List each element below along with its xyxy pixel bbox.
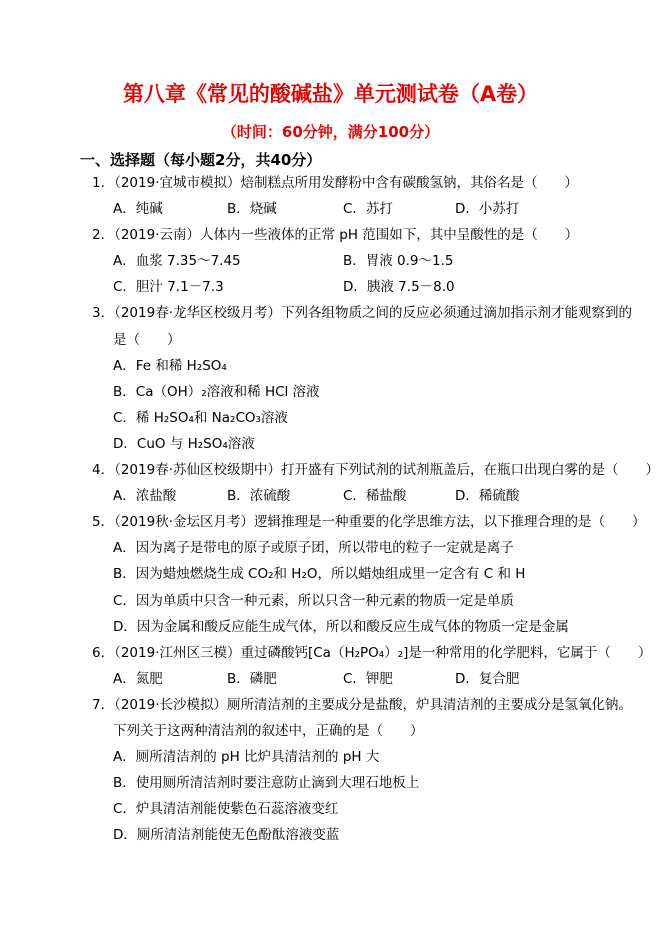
question-7-stem: 7．（2019·长沙模拟）厕所清洁剂的主要成分是盐酸，炉具清洁剂的主要成分是氢氧…	[92, 692, 621, 718]
exam-info: （时间：60分钟，满分100分）	[0, 122, 661, 142]
question-2-stem: 2．（2019·云南）人体内一些液体的正常 pH 范围如下，其中呈酸性的是（ ）	[92, 222, 621, 248]
question-3-option-a: A．Fe 和稀 H₂SO₄	[92, 353, 621, 379]
question-4-options: A．浓盐酸 B．浓硫酸 C．稀盐酸 D．稀硫酸	[92, 483, 621, 509]
section-heading-choice: 一、选择题（每小题2分，共40分）	[0, 150, 661, 170]
question-3-stem: 3．（2019春·龙华区校级月考）下列各组物质之间的反应必须通过滴加指示剂才能观…	[92, 300, 621, 326]
question-1-option-c: C．苏打	[343, 196, 455, 222]
question-4-option-c: C．稀盐酸	[343, 483, 455, 509]
question-4-stem: 4．（2019春·苏仙区校级期中）打开盛有下列试剂的试剂瓶盖后，在瓶口出现白雾的…	[92, 457, 621, 483]
question-4: 4．（2019春·苏仙区校级期中）打开盛有下列试剂的试剂瓶盖后，在瓶口出现白雾的…	[92, 457, 621, 509]
question-6-option-d: D．复合肥	[455, 666, 621, 692]
question-3-option-b: B．Ca（OH）₂溶液和稀 HCl 溶液	[92, 379, 621, 405]
question-7-option-a: A．厕所清洁剂的 pH 比炉具清洁剂的 pH 大	[92, 744, 621, 770]
question-6-stem: 6．（2019·江州区三模）重过磷酸钙[Ca（H₂PO₄）₂]是一种常用的化学肥…	[92, 640, 621, 666]
question-7-option-c: C．炉具清洁剂能使紫色石蕊溶液变红	[92, 796, 621, 822]
question-4-option-b: B．浓硫酸	[227, 483, 343, 509]
question-1-stem: 1．（2019·宜城市模拟）焙制糕点所用发酵粉中含有碳酸氢钠，其俗名是（ ）	[92, 170, 621, 196]
question-list: 1．（2019·宜城市模拟）焙制糕点所用发酵粉中含有碳酸氢钠，其俗名是（ ） A…	[0, 170, 661, 848]
question-1-options: A．纯碱 B．烧碱 C．苏打 D．小苏打	[92, 196, 621, 222]
question-2: 2．（2019·云南）人体内一些液体的正常 pH 范围如下，其中呈酸性的是（ ）…	[92, 222, 621, 300]
question-6-option-c: C．钾肥	[343, 666, 455, 692]
question-5-stem: 5．（2019秋·金坛区月考）逻辑推理是一种重要的化学思维方法，以下推理合理的是…	[92, 509, 621, 535]
question-7: 7．（2019·长沙模拟）厕所清洁剂的主要成分是盐酸，炉具清洁剂的主要成分是氢氧…	[92, 692, 621, 849]
question-3-option-d: D．CuO 与 H₂SO₄溶液	[92, 431, 621, 457]
question-2-options: A．血浆 7.35～7.45 B．胃液 0.9～1.5 C．胆汁 7.1－7.3…	[92, 248, 621, 300]
question-4-option-a: A．浓盐酸	[113, 483, 227, 509]
question-1-option-b: B．烧碱	[227, 196, 343, 222]
question-2-option-d: D．胰液 7.5－8.0	[343, 274, 621, 300]
question-5-option-c: C．因为单质中只含一种元素，所以只含一种元素的物质一定是单质	[92, 588, 621, 614]
question-7-option-d: D．厕所清洁剂能使无色酚酞溶液变蓝	[92, 822, 621, 848]
question-5: 5．（2019秋·金坛区月考）逻辑推理是一种重要的化学思维方法，以下推理合理的是…	[92, 509, 621, 639]
question-4-option-d: D．稀硫酸	[455, 483, 621, 509]
question-3-option-c: C．稀 H₂SO₄和 Na₂CO₃溶液	[92, 405, 621, 431]
question-6-options: A．氮肥 B．磷肥 C．钾肥 D．复合肥	[92, 666, 621, 692]
question-5-option-a: A．因为离子是带电的原子或原子团，所以带电的粒子一定就是离子	[92, 535, 621, 561]
question-7-stem-continued: 下列关于这两种清洁剂的叙述中，正确的是（ ）	[92, 718, 621, 744]
question-6-option-b: B．磷肥	[227, 666, 343, 692]
question-7-option-b: B．使用厕所清洁剂时要注意防止滴到大理石地板上	[92, 770, 621, 796]
question-1: 1．（2019·宜城市模拟）焙制糕点所用发酵粉中含有碳酸氢钠，其俗名是（ ） A…	[92, 170, 621, 222]
question-5-option-b: B．因为蜡烛燃烧生成 CO₂和 H₂O，所以蜡烛组成里一定含有 C 和 H	[92, 561, 621, 587]
question-2-option-b: B．胃液 0.9～1.5	[343, 248, 621, 274]
question-3-stem-continued: 是（ ）	[92, 327, 621, 353]
question-3: 3．（2019春·龙华区校级月考）下列各组物质之间的反应必须通过滴加指示剂才能观…	[92, 300, 621, 457]
question-2-option-c: C．胆汁 7.1－7.3	[113, 274, 343, 300]
question-2-option-a: A．血浆 7.35～7.45	[113, 248, 343, 274]
question-5-option-d: D．因为金属和酸反应能生成气体，所以和酸反应生成气体的物质一定是金属	[92, 614, 621, 640]
page-title: 第八章《常见的酸碱盐》单元测试卷（A卷）	[0, 0, 661, 109]
question-1-option-d: D．小苏打	[455, 196, 621, 222]
document-page: 第八章《常见的酸碱盐》单元测试卷（A卷） （时间：60分钟，满分100分） 一、…	[0, 0, 661, 935]
question-1-option-a: A．纯碱	[113, 196, 227, 222]
question-6-option-a: A．氮肥	[113, 666, 227, 692]
question-6: 6．（2019·江州区三模）重过磷酸钙[Ca（H₂PO₄）₂]是一种常用的化学肥…	[92, 640, 621, 692]
